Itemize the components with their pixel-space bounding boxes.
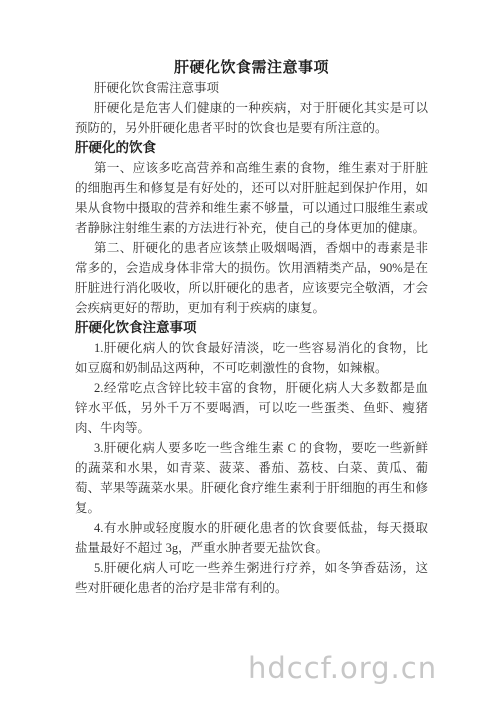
section-heading-diet: 肝硬化的饮食 (75, 138, 428, 158)
paragraph-intro: 肝硬化是危害人们健康的一种疾病，对于肝硬化其实是可以预防的，另外肝硬化患者平时的… (75, 98, 428, 138)
document-body: 肝硬化饮食需注意事项 肝硬化饮食需注意事项 肝硬化是危害人们健康的一种疾病，对于… (75, 0, 428, 598)
document-page: 肝硬化饮食需注意事项 肝硬化饮食需注意事项 肝硬化是危害人们健康的一种疾病，对于… (0, 0, 500, 707)
paragraph-note-1: 1.肝硬化病人的饮食最好清淡，吃一些容易消化的食物，比如豆腐和奶制品这两种，不可… (75, 338, 428, 378)
paragraph-note-5: 5.肝硬化病人可吃一些养生粥进行疗养，如冬笋香菇汤，这些对肝硬化患者的治疗是非常… (75, 558, 428, 598)
paragraph-second: 第二、肝硬化的患者应该禁止吸烟喝酒，香烟中的毒素是非常多的，会造成身体非常大的损… (75, 238, 428, 318)
paragraph-note-3: 3.肝硬化病人要多吃一些含维生素 C 的食物，要吃一些新鲜的蔬菜和水果，如青菜、… (75, 438, 428, 518)
section-heading-notes: 肝硬化饮食注意事项 (75, 318, 428, 338)
document-title: 肝硬化饮食需注意事项 (75, 58, 428, 78)
watermark: hdccf.org.cn (248, 651, 437, 685)
paragraph-first: 第一、应该多吃高营养和高维生素的食物，维生素对于肝脏的细胞再生和修复是有好处的，… (75, 158, 428, 238)
paragraph-note-2: 2.经常吃点含锌比较丰富的食物，肝硬化病人大多数都是血锌水平低，另外千万不要喝酒… (75, 378, 428, 438)
doc-subtitle: 肝硬化饮食需注意事项 (75, 78, 428, 98)
paragraph-note-4: 4.有水肿或轻度腹水的肝硬化患者的饮食要低盐，每天摄取盐量最好不超过 3g，严重… (75, 518, 428, 558)
